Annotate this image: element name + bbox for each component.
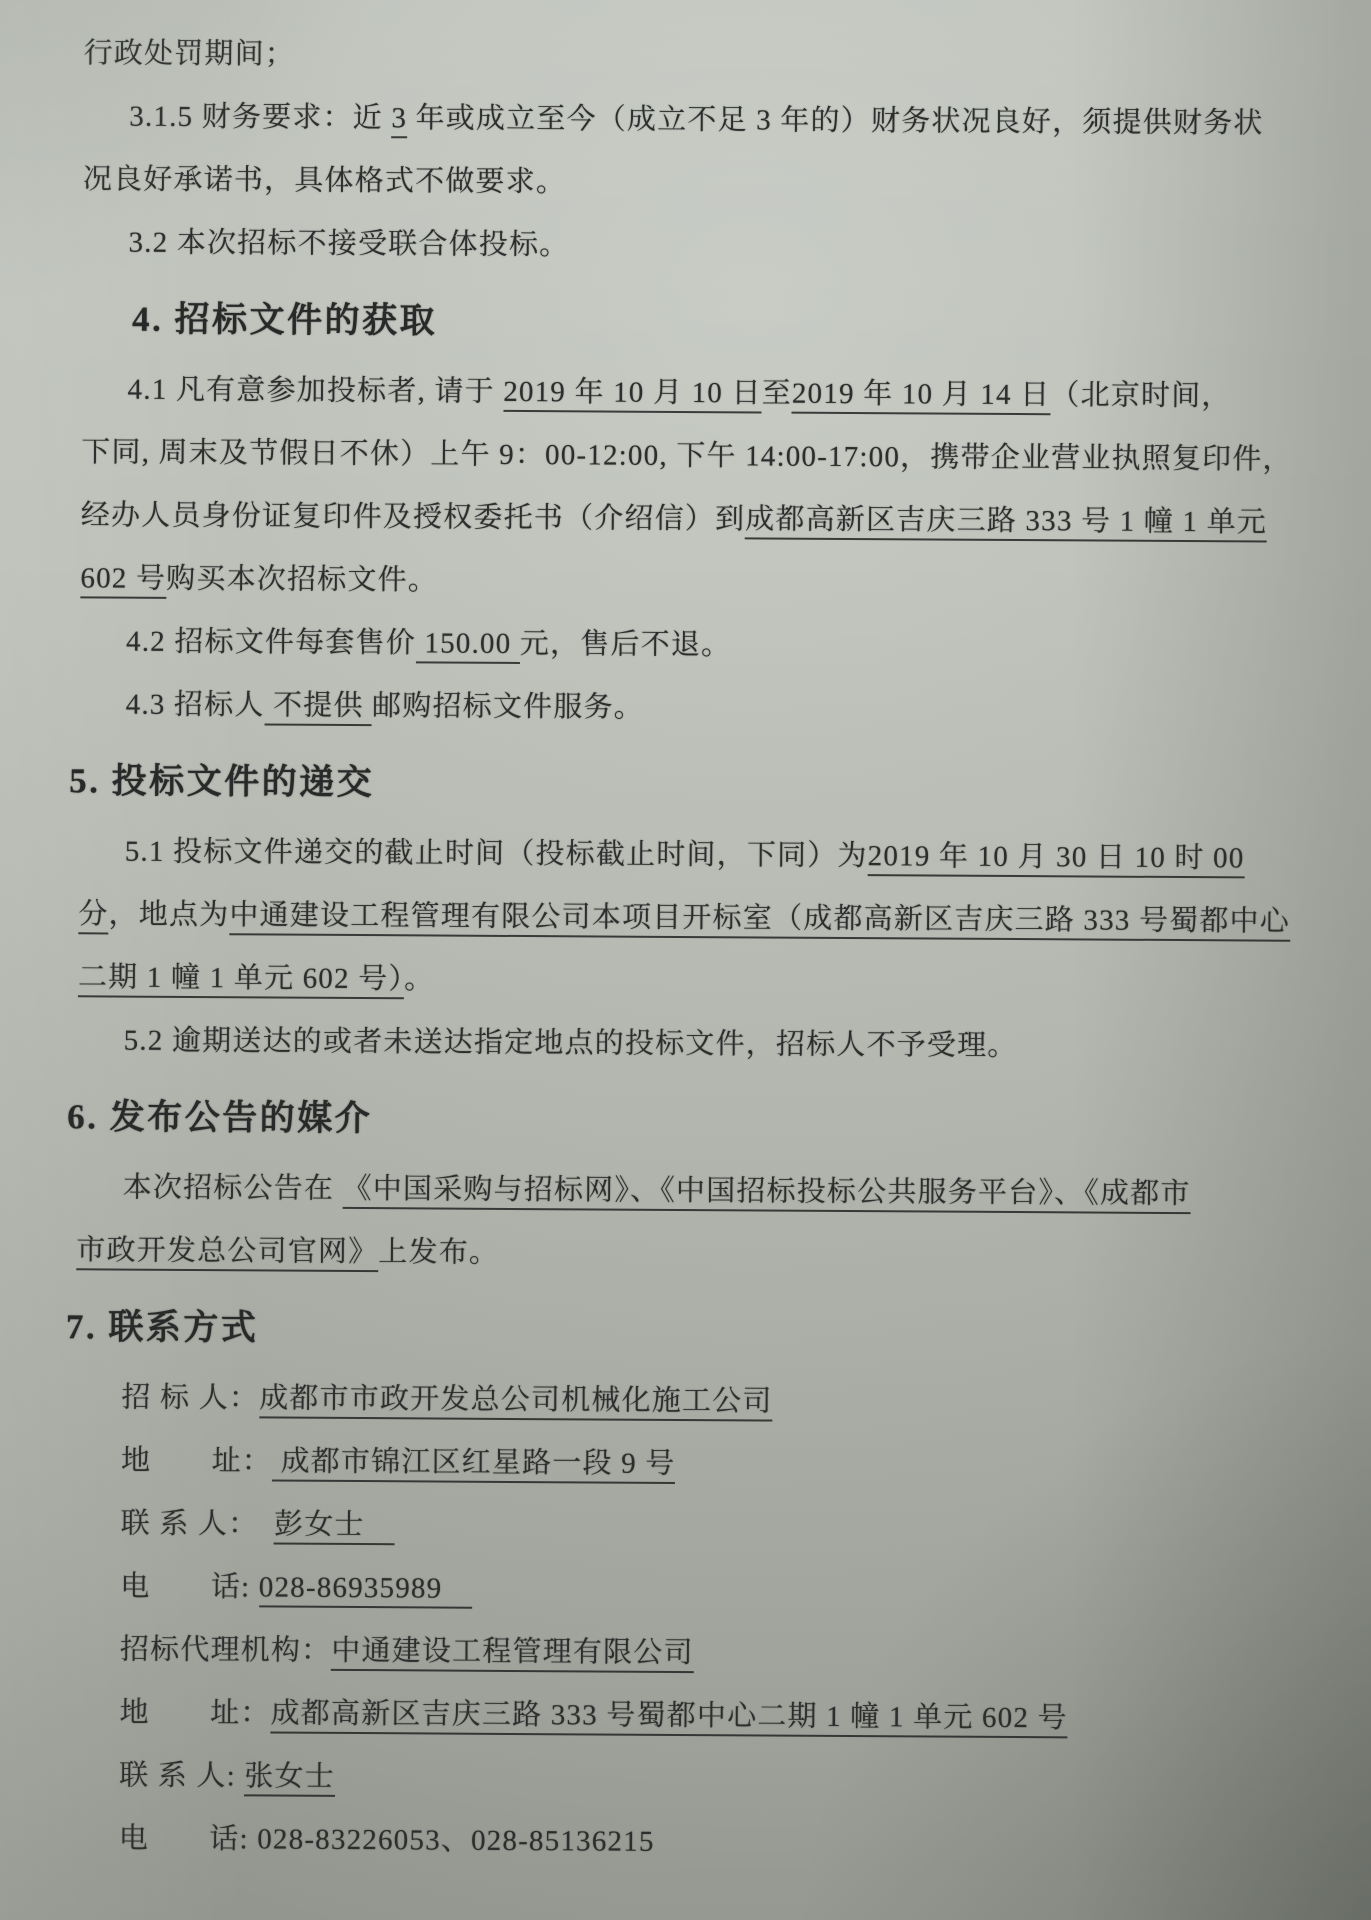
text-segment: 况良好承诺书，具体格式不做要求。 xyxy=(83,163,566,198)
section-6-heading: 6. 发布公告的媒介 xyxy=(67,1084,1310,1158)
photographed-document: 行政处罚期间；3.1.5 财务要求：近 3 年或成立至今（成立不足 3 年的）财… xyxy=(0,0,1371,1920)
underlined-text: 成都市锦江区红星路一段 9 号 xyxy=(272,1446,676,1484)
underlined-text: 成都高新区吉庆三路 333 号 1 幢 1 单元 xyxy=(745,503,1267,542)
underlined-text: 602 号 xyxy=(80,562,166,599)
clause-5-2: 5.2 逾期送达的或者未送达指定地点的投标文件，招标人不予受理。 xyxy=(77,1009,1310,1080)
text-segment: 5. 投标文件的递交 xyxy=(69,761,374,802)
text-segment: 7. 联系方式 xyxy=(66,1307,259,1347)
agency-address: 地 址：成都高新区吉庆三路 333 号蜀都中心二期 1 幢 1 单元 602 号 xyxy=(73,1681,1306,1752)
underlined-text: 成都高新区吉庆三路 333 号蜀都中心二期 1 幢 1 单元 602 号 xyxy=(270,1697,1067,1738)
tenderer-contact: 联 系 人： 彭女士 xyxy=(74,1492,1307,1563)
underlined-text: 3 xyxy=(391,102,407,138)
tenderer-phone: 电 话: 028-86935989 xyxy=(74,1555,1307,1626)
tenderer-address: 地 址： 成都市锦江区红星路一段 9 号 xyxy=(75,1429,1308,1500)
agency-phone: 电 话: 028-83226053、028-85136215 xyxy=(73,1807,1306,1878)
text-segment: 招 标 人： xyxy=(121,1382,259,1415)
clause-5-1-cont-1: 分，地点为中通建设工程管理有限公司本项目开标室（成都高新区吉庆三路 333 号蜀… xyxy=(78,883,1311,954)
text-segment: 地 址： xyxy=(121,1445,272,1478)
text-segment: 4.3 招标人 xyxy=(126,689,265,722)
text-segment: 4. 招标文件的获取 xyxy=(132,300,437,341)
underlined-text: 《中国采购与招标网》、《中国招标投标公共服务平台》、《成都市 xyxy=(342,1173,1190,1214)
text-segment: 元，售后不退。 xyxy=(520,628,732,661)
clause-4-3: 4.3 招标人 不提供 邮购招标文件服务。 xyxy=(79,673,1312,744)
underlined-text: 彭女士 xyxy=(274,1509,395,1546)
text-segment: ，地点为 xyxy=(109,898,230,931)
section-4-heading: 4. 招标文件的获取 xyxy=(82,286,1315,360)
text-segment: 招标代理机构： xyxy=(120,1634,332,1667)
underlined-text: 成都市市政开发总公司机械化施工公司 xyxy=(259,1382,773,1421)
text-segment: 4.1 凡有意参加投标者, 请于 xyxy=(128,374,504,408)
text-segment: 经办人员身份证复印件及授权委托书（介绍信）到 xyxy=(81,499,746,535)
text-segment: 电 话: xyxy=(119,1823,258,1856)
underlined-text: 中通建设工程管理有限公司本项目开标室（成都高新区吉庆三路 333 号蜀都中心 xyxy=(229,899,1290,941)
clause-5-1-cont-2: 二期 1 幢 1 单元 602 号）。 xyxy=(78,946,1311,1017)
clause-5-1: 5.1 投标文件递交的截止时间（投标截止时间，下同）为2019 年 10 月 3… xyxy=(79,820,1312,891)
text-segment: 。 xyxy=(404,963,434,995)
text-segment: 上发布。 xyxy=(378,1236,499,1269)
line-admin-penalty: 行政处罚期间； xyxy=(83,22,1316,93)
clause-4-1-cont-2: 经办人员身份证复印件及授权委托书（介绍信）到成都高新区吉庆三路 333 号 1 … xyxy=(81,484,1314,555)
underlined-text: 2019 年 10 月 14 日 xyxy=(792,378,1051,416)
underlined-text: 二期 1 幢 1 单元 602 号） xyxy=(78,961,404,999)
agency-name: 招标代理机构：中通建设工程管理有限公司 xyxy=(74,1618,1307,1689)
underlined-text: 张女士 xyxy=(244,1760,335,1797)
announcement-media-cont: 市政开发总公司官网》上发布。 xyxy=(76,1219,1309,1290)
tenderer-name: 招 标 人：成都市市政开发总公司机械化施工公司 xyxy=(75,1366,1308,1437)
text-segment: 下同, 周末及节假日不休）上午 9：00-12:00, 下午 14:00-17:… xyxy=(81,436,1293,475)
clause-4-1-cont-1: 下同, 周末及节假日不休）上午 9：00-12:00, 下午 14:00-17:… xyxy=(81,421,1314,492)
text-segment: 5.2 逾期送达的或者未送达指定地点的投标文件，招标人不予受理。 xyxy=(124,1025,1018,1062)
underlined-text: 中通建设工程管理有限公司 xyxy=(331,1635,694,1673)
text-segment: 至 xyxy=(762,377,792,409)
clause-3-1-5: 3.1.5 财务要求：近 3 年或成立至今（成立不足 3 年的）财务状况良好，须… xyxy=(83,85,1316,156)
text-segment: 3.1.5 财务要求：近 xyxy=(129,101,391,135)
clause-4-1-cont-3: 602 号购买本次招标文件。 xyxy=(80,547,1313,618)
agency-contact: 联 系 人: 张女士 xyxy=(73,1744,1306,1815)
underlined-text: 市政开发总公司官网》 xyxy=(76,1234,378,1272)
clause-4-1: 4.1 凡有意参加投标者, 请于 2019 年 10 月 10 日至2019 年… xyxy=(81,358,1314,429)
underlined-text: 028-86935989 xyxy=(259,1571,473,1608)
underlined-text: 不提供 xyxy=(264,689,372,726)
text-segment: 购买本次招标文件。 xyxy=(166,563,438,597)
text-segment: 本次招标公告在 xyxy=(123,1172,343,1205)
document-page: 行政处罚期间；3.1.5 财务要求：近 3 年或成立至今（成立不足 3 年的）财… xyxy=(0,0,1371,1920)
text-segment: 3.2 本次招标不接受联合体投标。 xyxy=(128,227,569,262)
clause-4-2: 4.2 招标文件每套售价 150.00 元，售后不退。 xyxy=(80,610,1313,681)
text-segment: 地 址： xyxy=(119,1697,270,1730)
clause-3-1-5-cont: 况良好承诺书，具体格式不做要求。 xyxy=(83,148,1316,219)
text-segment: 邮购招标文件服务。 xyxy=(372,690,644,724)
section-7-heading: 7. 联系方式 xyxy=(66,1294,1309,1368)
underlined-text: 150.00 xyxy=(416,627,520,664)
underlined-text: 2019 年 10 月 10 日 xyxy=(503,376,762,414)
text-segment: 年或成立至今（成立不足 3 年的）财务状况良好，须提供财务状 xyxy=(407,102,1264,139)
announcement-media: 本次招标公告在 《中国采购与招标网》、《中国招标投标公共服务平台》、《成都市 xyxy=(77,1156,1310,1227)
underlined-text: 分 xyxy=(78,898,108,934)
text-segment: 电 话: xyxy=(120,1571,259,1604)
section-5-heading: 5. 投标文件的递交 xyxy=(69,748,1312,822)
text-segment: （北京时间， xyxy=(1050,379,1231,412)
underlined-text: 2019 年 10 月 30 日 10 时 00 xyxy=(868,840,1245,878)
text-segment: 5.1 投标文件递交的截止时间（投标截止时间，下同）为 xyxy=(125,836,868,873)
text-segment: 行政处罚期间； xyxy=(84,37,296,70)
text-segment: 6. 发布公告的媒介 xyxy=(67,1097,372,1138)
clause-3-2: 3.2 本次招标不接受联合体投标。 xyxy=(82,211,1315,282)
text-segment: 联 系 人: xyxy=(119,1760,244,1793)
text-segment: 4.2 招标文件每套售价 xyxy=(126,626,416,660)
text-segment: 028-83226053、028-85136215 xyxy=(257,1823,655,1857)
text-segment: 联 系 人： xyxy=(121,1508,275,1541)
